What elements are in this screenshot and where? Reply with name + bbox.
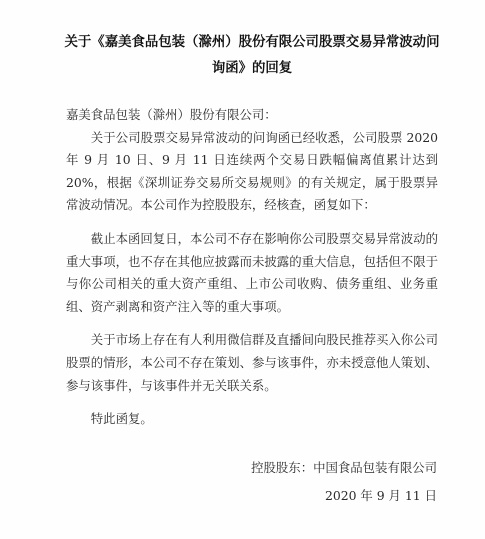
paragraph-closing: 特此函复。 [66, 408, 438, 431]
document-page: 关于《嘉美食品包装（滁州）股份有限公司股票交易异常波动问 询函》的回复 嘉美食品… [0, 0, 485, 539]
salutation: 嘉美食品包装（滁州）股份有限公司： [66, 104, 438, 127]
document-title-line-1: 关于《嘉美食品包装（滁州）股份有限公司股票交易异常波动问 [60, 31, 444, 50]
signature-date: 2020 年 9 月 11 日 [325, 486, 437, 504]
document-body: 嘉美食品包装（滁州）股份有限公司： 关于公司股票交易异常波动的问询函已经收悉，公… [66, 104, 438, 431]
paragraph-inquiry-acknowledgement: 关于公司股票交易异常波动的问询函已经收悉，公司股票 2020 年 9 月 10 … [66, 127, 438, 217]
paragraph-wechat-livestream: 关于市场上存在有人利用微信群及直播间向股民推荐买入你公司股票的情形，本公司不存在… [66, 329, 438, 397]
paragraph-no-major-matters: 截止本函回复日，本公司不存在影响你公司股票交易异常波动的重大事项，也不存在其他应… [66, 228, 438, 318]
document-title-line-2: 询函》的回复 [60, 57, 444, 76]
signature: 控股股东：中国食品包装有限公司 [251, 458, 437, 476]
